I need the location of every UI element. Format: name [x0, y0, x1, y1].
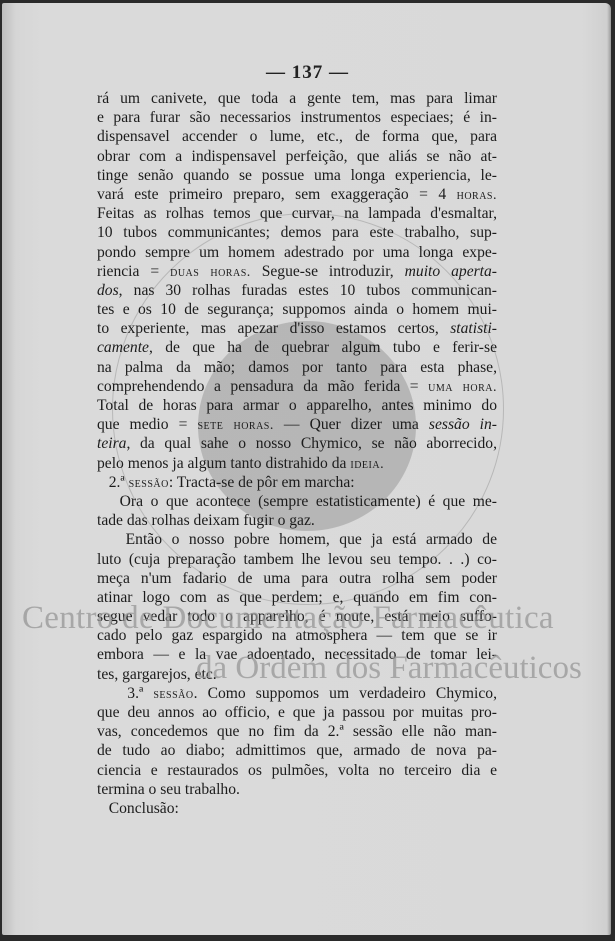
text-line: e para furar são necessarios instrumento… — [97, 108, 497, 127]
text-line: que deu annos ao officio, e que ja passo… — [97, 703, 497, 722]
text-line: 10 tubos communicantes; demos para este … — [97, 223, 497, 242]
text-line: de tudo ao diabo; admittimos que, armado… — [97, 741, 497, 760]
text-line: tes e os 10 de segurança; suppomos ainda… — [97, 300, 497, 319]
text-line: pondo sempre um homem adestrado por uma … — [97, 243, 497, 262]
text-line: riencia = duas horas. Segue-se introduzi… — [97, 262, 497, 281]
text-line: luto (cuja preparação tambem lhe levou s… — [97, 550, 497, 569]
text-line: camente, de que ha de quebrar algum tubo… — [97, 338, 497, 357]
text-line: que medio = sete horas. — Quer dizer uma… — [97, 415, 497, 434]
text-line: to experiente, mas apezar d'isso estamos… — [97, 319, 497, 338]
text-line: tinge senão quando se possue uma longa e… — [97, 166, 497, 185]
text-line: comprehendendo a pensadura da mão ferida… — [97, 377, 497, 396]
text-line: obrar com a indispensavel perfeição, que… — [97, 147, 497, 166]
watermark-text-line1: Centro de Documentação Farmacêutica — [22, 600, 554, 637]
text-line: termina o seu trabalho. — [97, 780, 497, 799]
text-line: vas, concedemos que no fim da 2.ª sessão… — [97, 722, 497, 741]
body-text: rá um canivete, que toda a gente tem, ma… — [97, 89, 497, 818]
text-line: Então o nosso pobre homem, que ja está a… — [97, 530, 497, 549]
text-line: na palma da mão; damos por tanto para es… — [97, 358, 497, 377]
text-line: meça n'um fadario de uma para outra rolh… — [97, 569, 497, 588]
text-line: dos, nas 30 rolhas furadas estes 10 tubo… — [97, 281, 497, 300]
text-line: pelo menos ja algum tanto distrahido da … — [97, 454, 497, 473]
text-line: tade das rolhas deixam fugir o gaz. — [97, 511, 497, 530]
text-line: ciencia e restaurados os pulmões, volta … — [97, 761, 497, 780]
watermark-text-line2: da Ordem dos Farmacêuticos — [196, 650, 582, 687]
text-line: Total de horas para armar o apparelho, a… — [97, 396, 497, 415]
text-line: Ora o que acontece (sempre estatisticame… — [97, 492, 497, 511]
text-line: teira, da qual sahe o nosso Chymico, se … — [97, 434, 497, 453]
text-line: Conclusão: — [97, 799, 497, 818]
text-line: vará este primeiro preparo, sem exaggera… — [97, 185, 497, 204]
page-number: — 137 — — [0, 62, 615, 84]
text-line: rá um canivete, que toda a gente tem, ma… — [97, 89, 497, 108]
text-line: Feitas as rolhas temos que curvar, na la… — [97, 204, 497, 223]
text-line: 2.ª sessão: Tracta-se de pôr em marcha: — [97, 473, 497, 492]
text-line: dispensavel accender o lume, etc., de fo… — [97, 127, 497, 146]
